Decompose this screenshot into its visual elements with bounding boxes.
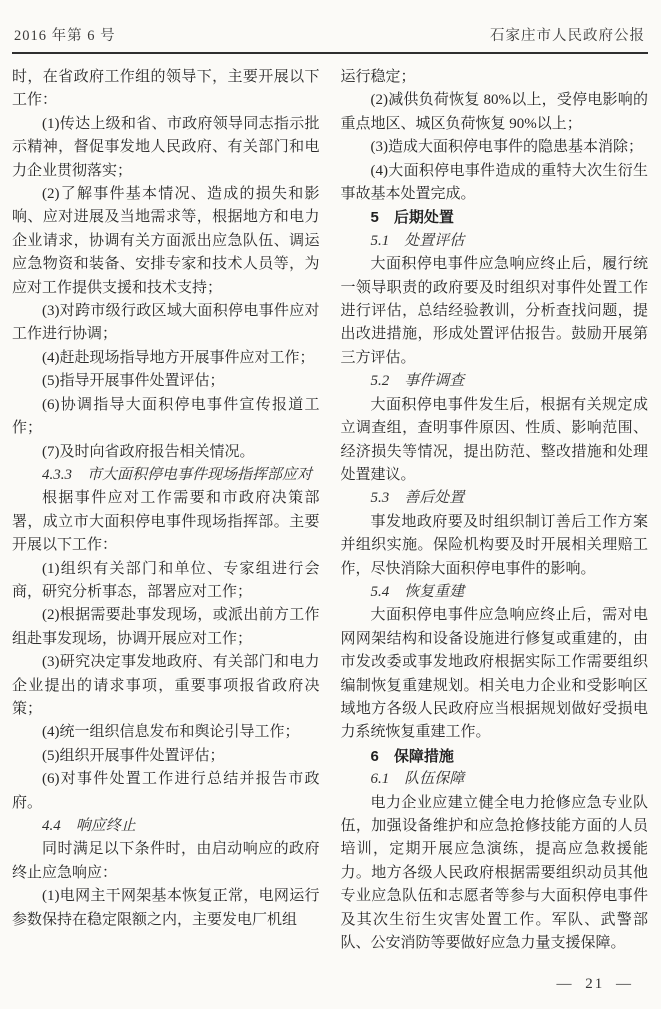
paragraph: (1)传达上级和省、市政府领导同志指示批示精神，督促事发地人民政府、有关部门和电… <box>12 113 320 183</box>
section-heading: 4.4 响应终止 <box>12 815 320 838</box>
paragraph: (2)减供负荷恢复 80%以上，受停电影响的重点地区、城区负荷恢复 90%以上； <box>341 89 649 136</box>
paragraph: 电力企业应建立健全电力抢修应急专业队伍，加强设备维护和应急抢修技能方面的人员培训… <box>341 792 649 956</box>
header-rule <box>12 52 648 54</box>
right-column: 运行稳定；(2)减供负荷恢复 80%以上，受停电影响的重点地区、城区负荷恢复 9… <box>341 66 649 955</box>
paragraph: (7)及时向省政府报告相关情况。 <box>12 441 320 464</box>
paragraph: 同时满足以下条件时，由启动响应的政府终止应急响应： <box>12 838 320 885</box>
paragraph: (3)造成大面积停电事件的隐患基本消除； <box>341 136 649 159</box>
paragraph: (3)研究决定事发地政府、有关部门和电力企业提出的请求事项，重要事项报省政府决策… <box>12 651 320 721</box>
section-heading: 5 后期处置 <box>341 206 649 229</box>
paragraph: (5)指导开展事件处置评估； <box>12 370 320 393</box>
paragraph: (2)了解事件基本情况、造成的损失和影响、应对进展及当地需求等，根据地方和电力企… <box>12 183 320 300</box>
section-heading: 4.3.3 市大面积停电事件现场指挥部应对 <box>12 464 320 487</box>
paragraph: 运行稳定； <box>341 66 649 89</box>
page-number: — 21 — <box>557 976 634 993</box>
section-heading: 6 保障措施 <box>341 745 649 768</box>
paragraph: (4)统一组织信息发布和舆论引导工作； <box>12 721 320 744</box>
gazette-page: 2016 年第 6 号 石家庄市人民政府公报 时，在省政府工作组的领导下，主要开… <box>0 0 661 1009</box>
paragraph: (5)组织开展事件处置评估； <box>12 745 320 768</box>
page-header: 2016 年第 6 号 石家庄市人民政府公报 <box>12 24 648 52</box>
paragraph: (6)协调指导大面积停电事件宣传报道工作； <box>12 394 320 441</box>
section-heading: 6.1 队伍保障 <box>341 768 649 791</box>
paragraph: 时，在省政府工作组的领导下，主要开展以下工作： <box>12 66 320 113</box>
section-heading: 5.1 处置评估 <box>341 230 649 253</box>
paragraph: (1)组织有关部门和单位、专家组进行会商，研究分析事态，部署应对工作； <box>12 558 320 605</box>
section-heading: 5.2 事件调查 <box>341 370 649 393</box>
left-column: 时，在省政府工作组的领导下，主要开展以下工作：(1)传达上级和省、市政府领导同志… <box>12 66 320 955</box>
paragraph: (3)对跨市级行政区域大面积停电事件应对工作进行协调； <box>12 300 320 347</box>
paragraph: 大面积停电事件应急响应终止后，履行统一领导职责的政府要及时组织对事件处置工作进行… <box>341 253 649 370</box>
paragraph: (2)根据需要赴事发现场，或派出前方工作组赴事发现场，协调开展应对工作； <box>12 604 320 651</box>
paragraph: 大面积停电事件发生后，根据有关规定成立调查组，查明事件原因、性质、影响范围、经济… <box>341 394 649 488</box>
gazette-title: 石家庄市人民政府公报 <box>490 24 645 45</box>
paragraph: 根据事件应对工作需要和市政府决策部署，成立市大面积停电事件现场指挥部。主要开展以… <box>12 487 320 557</box>
paragraph: (4)赶赴现场指导地方开展事件应对工作； <box>12 347 320 370</box>
paragraph: 大面积停电事件应急响应终止后，需对电网网架结构和设备设施进行修复或重建的，由市发… <box>341 604 649 744</box>
paragraph: (6)对事件处置工作进行总结并报告市政府。 <box>12 768 320 815</box>
document-body: 时，在省政府工作组的领导下，主要开展以下工作：(1)传达上级和省、市政府领导同志… <box>12 66 648 955</box>
section-heading: 5.4 恢复重建 <box>341 581 649 604</box>
issue-number: 2016 年第 6 号 <box>14 24 116 45</box>
section-heading: 5.3 善后处置 <box>341 487 649 510</box>
paragraph: 事发地政府要及时组织制订善后工作方案并组织实施。保险机构要及时开展相关理赔工作，… <box>341 511 649 581</box>
paragraph: (4)大面积停电事件造成的重特大次生衍生事故基本处置完成。 <box>341 160 649 207</box>
paragraph: (1)电网主干网架基本恢复正常，电网运行参数保持在稳定限额之内，主要发电厂机组 <box>12 885 320 932</box>
